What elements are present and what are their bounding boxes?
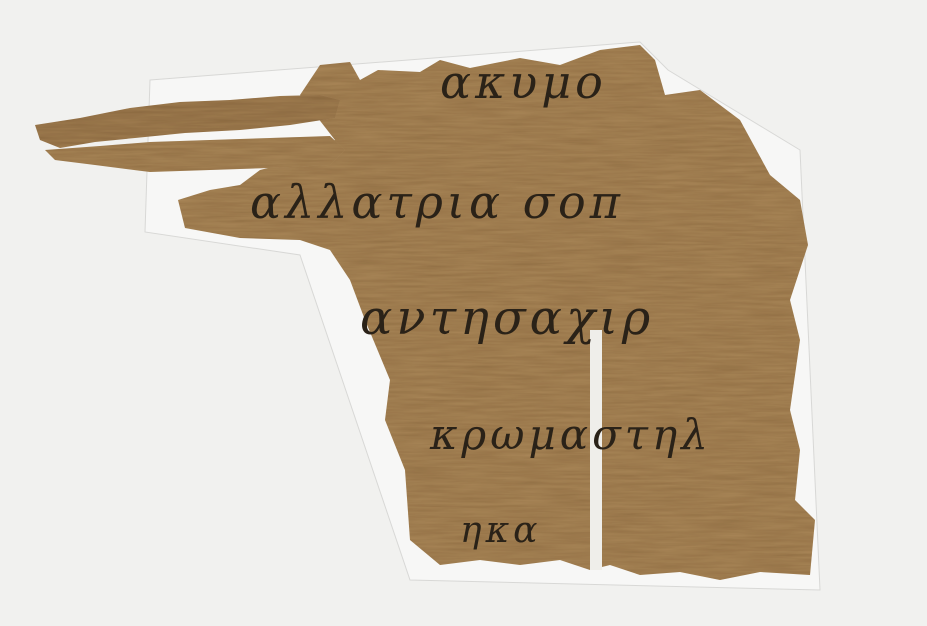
text-line-5: ηκα [460,510,542,551]
text-line-3: αντησαχιρ [360,290,654,346]
text-line-1: ακυμο [440,55,607,109]
photo-mount: ακυμο αλλατρια σοπ αντησαχιρ κρωμαστηλ η… [0,0,927,626]
text-line-2: αλλατρια σοπ [250,175,624,229]
text-line-4: κρωμαστηλ [430,410,712,459]
